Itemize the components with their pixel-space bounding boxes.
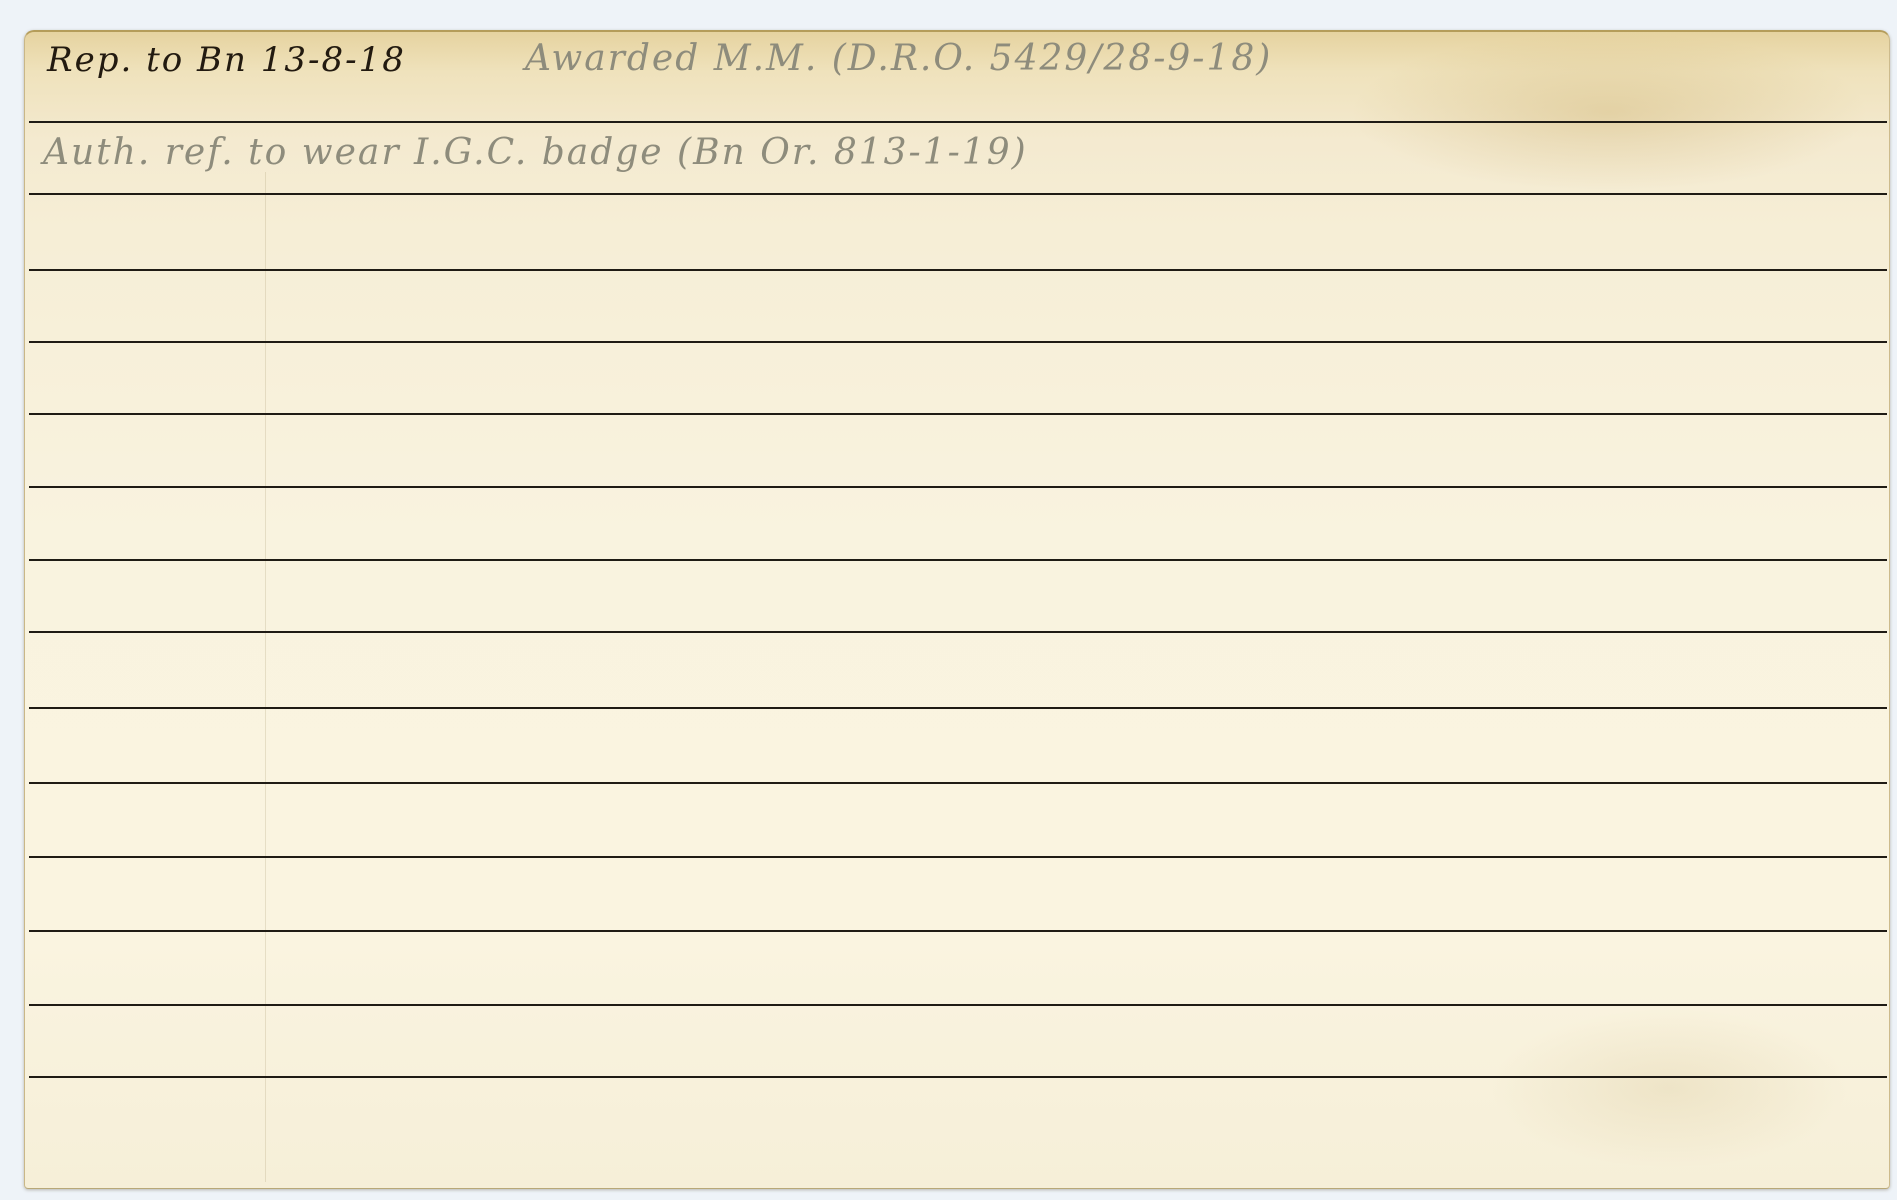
ruled-line [29,193,1887,195]
ruled-line [29,341,1887,343]
ruled-line [29,486,1887,488]
entry-reported-to-battalion: Rep. to Bn 13-8-18 [47,40,406,80]
ruled-line [29,856,1887,858]
ruled-line [29,559,1887,561]
age-stain-bottom-right [1489,1008,1849,1168]
ruled-line [29,631,1887,633]
entry-awarded-military-medal: Awarded M.M. (D.R.O. 5429/28-9-18) [525,38,1272,79]
ruled-line [29,1076,1887,1078]
ruled-line [29,121,1887,123]
ruled-line [29,930,1887,932]
ruled-line [29,269,1887,271]
record-card: Rep. to Bn 13-8-18 Awarded M.M. (D.R.O. … [24,30,1890,1189]
ruled-line [29,413,1887,415]
ruled-line [29,782,1887,784]
ruled-line [29,1004,1887,1006]
entry-igc-badge-authority: Auth. ref. to wear I.G.C. badge (Bn Or. … [43,132,1028,173]
ruled-line [29,707,1887,709]
age-stain-top-right [1349,32,1869,192]
fold-crease [265,172,266,1182]
